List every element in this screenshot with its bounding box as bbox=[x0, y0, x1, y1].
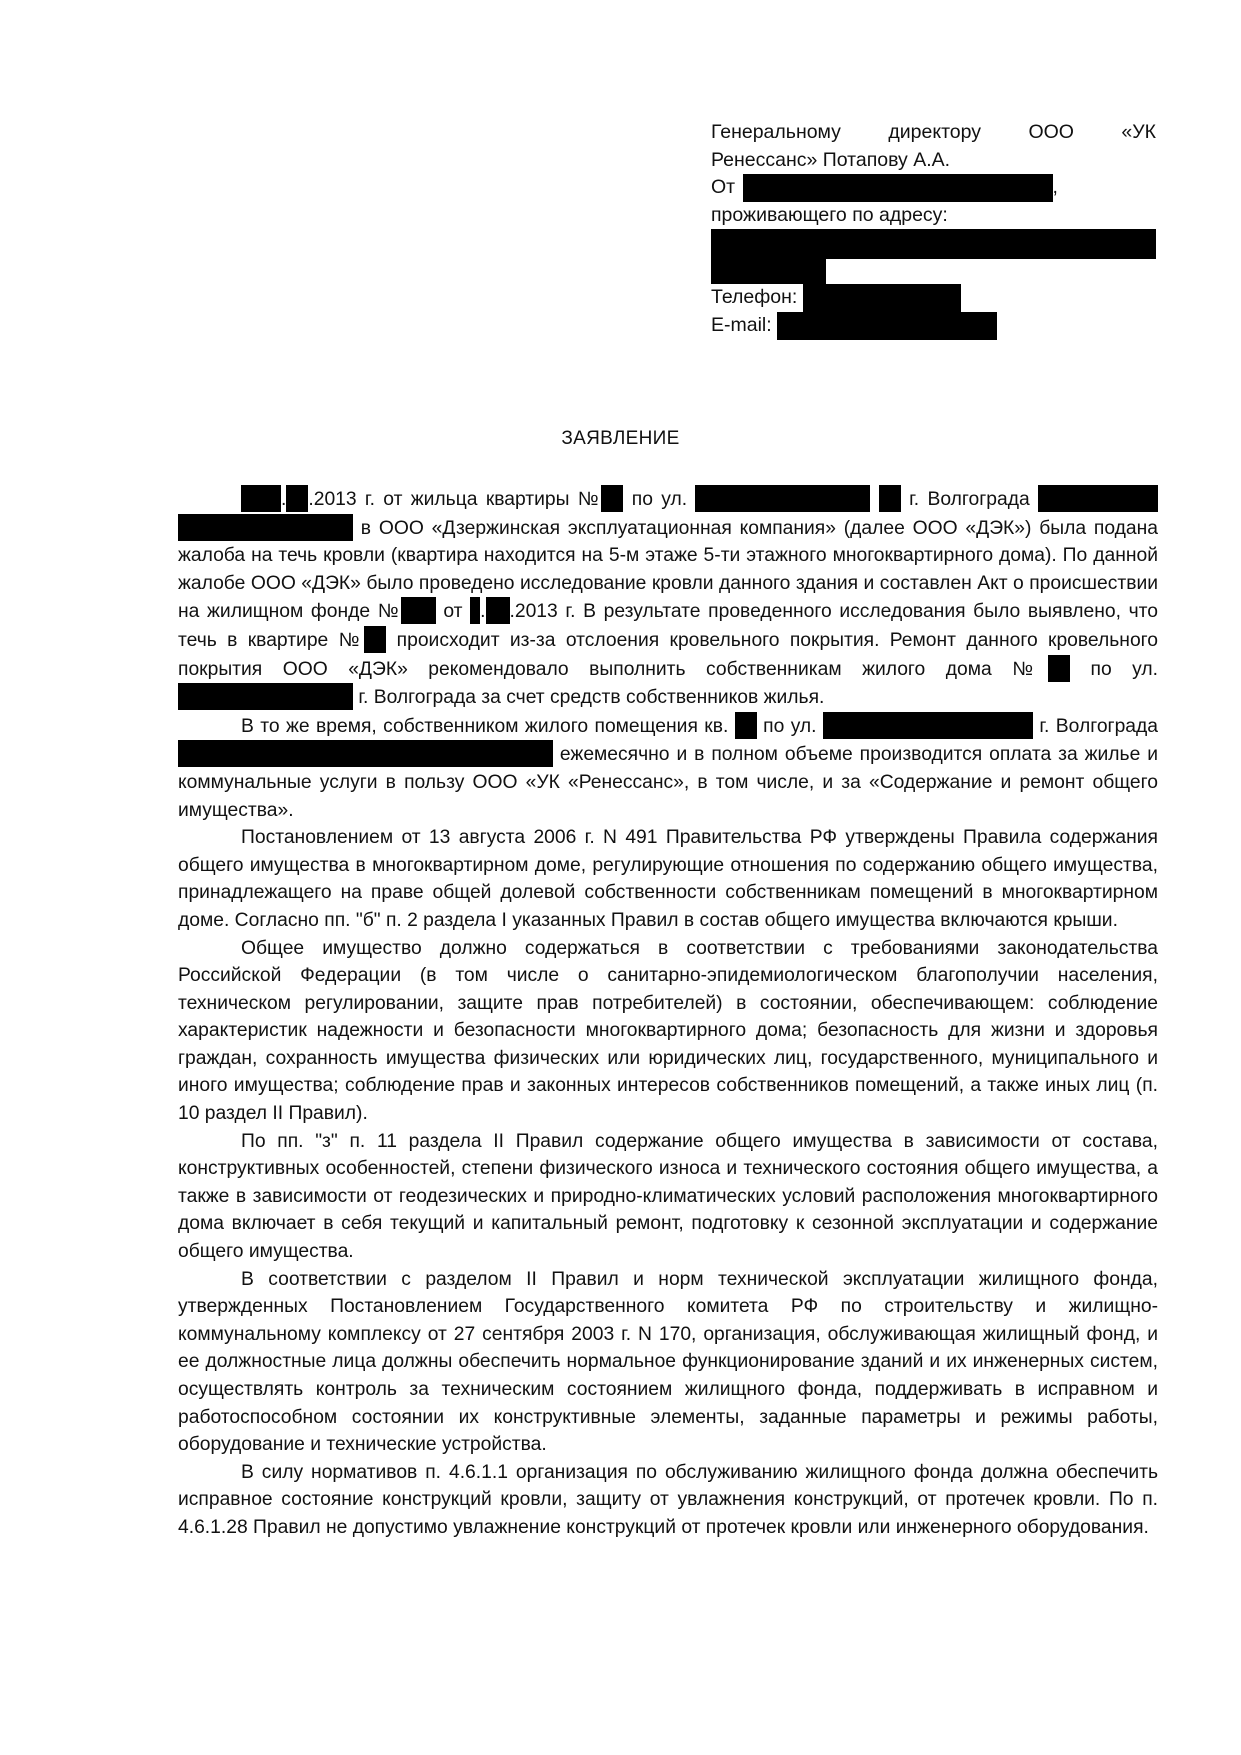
document-body: ..2013 г. от жильца квартиры № по ул. г.… bbox=[178, 485, 1158, 1542]
redaction-bar bbox=[735, 712, 757, 739]
paragraph-7: В силу нормативов п. 4.6.1.1 организация… bbox=[178, 1459, 1158, 1542]
addressee-word: ООО bbox=[1028, 119, 1074, 147]
paragraph-5: По пп. "з" п. 11 раздела II Правил содер… bbox=[178, 1128, 1158, 1266]
redacted-address-line-2 bbox=[711, 259, 826, 284]
from-suffix: , bbox=[1053, 176, 1058, 198]
document-page: Генеральному директору ООО «УК Ренессанс… bbox=[0, 0, 1241, 1755]
email-label: E-mail: bbox=[711, 314, 772, 336]
document-title: ЗАЯВЛЕНИЕ bbox=[0, 428, 1241, 450]
redaction-bar bbox=[401, 597, 436, 624]
redacted-sender-name bbox=[743, 174, 1053, 202]
paragraph-2: В то же время, собственником жилого поме… bbox=[178, 712, 1158, 824]
redacted-address-line-1 bbox=[711, 229, 1156, 259]
redaction-bar bbox=[695, 485, 870, 512]
email-line: E-mail: bbox=[711, 312, 1156, 340]
redaction-bar bbox=[879, 485, 901, 512]
phone-label: Телефон: bbox=[711, 286, 797, 308]
redaction-bar bbox=[364, 626, 386, 653]
redaction-bar bbox=[823, 712, 1033, 739]
addressee-word: «УК bbox=[1121, 119, 1156, 147]
addressee-word: Генеральному bbox=[711, 119, 841, 147]
addressee-word: директору bbox=[888, 119, 981, 147]
redaction-bar bbox=[601, 485, 623, 512]
redaction-bar bbox=[286, 485, 308, 512]
redaction-bar bbox=[1038, 485, 1158, 512]
redaction-bar bbox=[486, 597, 510, 624]
from-line: От , bbox=[711, 174, 1156, 202]
addressee-line-2: Ренессанс» Потапову А.А. bbox=[711, 147, 1156, 175]
redaction-bar bbox=[1048, 655, 1070, 682]
redaction-bar bbox=[470, 597, 480, 624]
residence-label: проживающего по адресу: bbox=[711, 202, 1156, 230]
paragraph-1: ..2013 г. от жильца квартиры № по ул. г.… bbox=[178, 485, 1158, 712]
addressee-block: Генеральному директору ООО «УК Ренессанс… bbox=[711, 119, 1156, 339]
redacted-phone bbox=[803, 284, 961, 312]
redaction-bar bbox=[178, 683, 353, 710]
redacted-email bbox=[777, 312, 997, 340]
addressee-line-1: Генеральному директору ООО «УК bbox=[711, 119, 1156, 147]
paragraph-3: Постановлением от 13 августа 2006 г. N 4… bbox=[178, 824, 1158, 934]
redaction-bar bbox=[178, 514, 353, 541]
from-label: От bbox=[711, 176, 735, 198]
redacted-address bbox=[711, 229, 1156, 284]
redaction-bar bbox=[178, 740, 553, 767]
paragraph-6: В соответствии с разделом II Правил и но… bbox=[178, 1266, 1158, 1459]
paragraph-4: Общее имущество должно содержаться в соо… bbox=[178, 935, 1158, 1128]
redaction-bar bbox=[241, 485, 281, 512]
phone-line: Телефон: bbox=[711, 284, 1156, 312]
